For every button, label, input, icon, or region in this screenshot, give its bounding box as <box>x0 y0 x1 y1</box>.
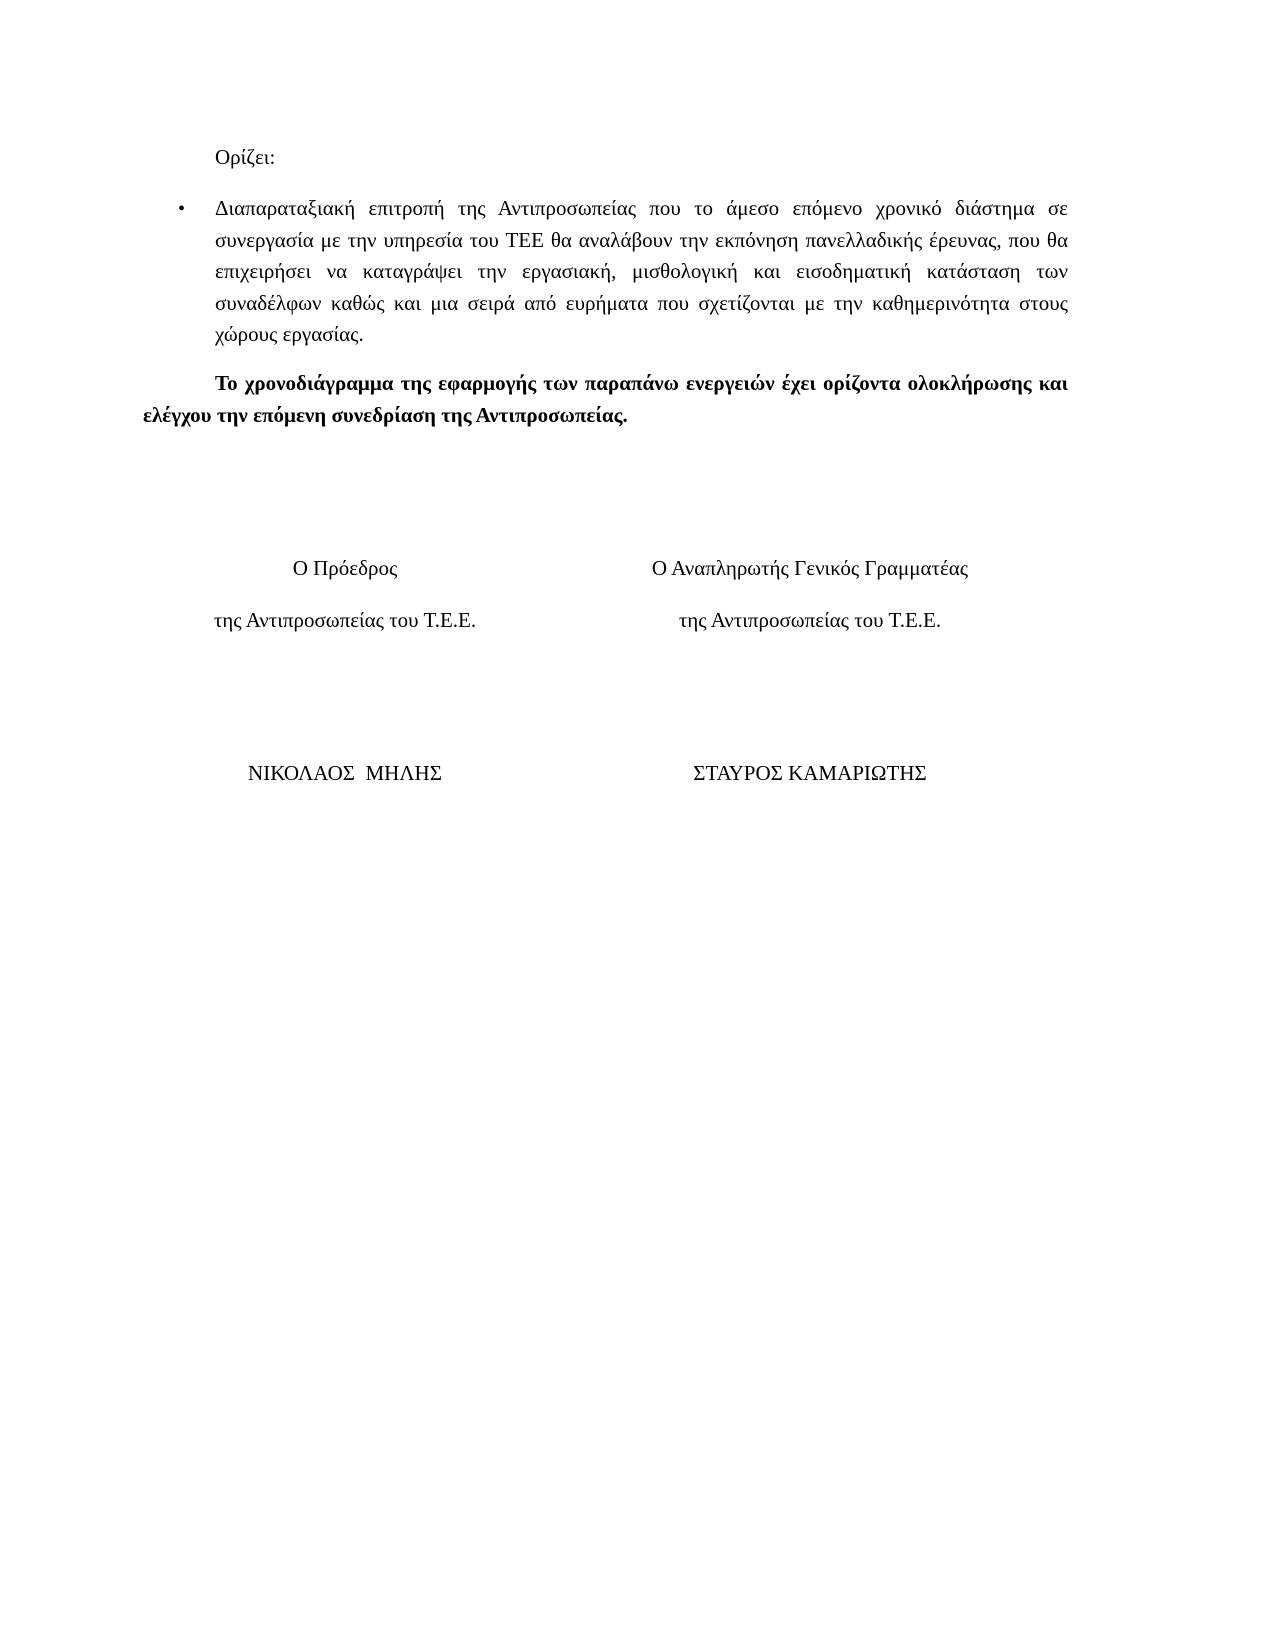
right-signatory-organization: της Αντιπροσωπείας του Τ.Ε.Ε. <box>615 605 1005 635</box>
intro-label: Ορίζει: <box>215 142 275 172</box>
left-signatory-organization: της Αντιπροσωπείας του Τ.Ε.Ε. <box>175 605 515 635</box>
left-signatory-title: Ο Πρόεδρος <box>175 553 515 583</box>
bullet-text: Διαπαραταξιακή επιτροπή της Αντιπροσωπεί… <box>215 193 1068 351</box>
bullet-list-item: • Διαπαραταξιακή επιτροπή της Αντιπροσωπ… <box>178 193 1068 351</box>
left-signatory-name: ΝΙΚΟΛΑΟΣ ΜΗΛΗΣ <box>175 758 515 788</box>
document-page: Ορίζει: • Διαπαραταξιακή επιτροπή της Αν… <box>0 0 1275 1650</box>
right-signatory-title: Ο Αναπληρωτής Γενικός Γραμματέας <box>615 553 1005 583</box>
timeline-paragraph: Το χρονοδιάγραμμα της εφαρμογής των παρα… <box>143 368 1068 431</box>
right-signatory-name: ΣΤΑΥΡΟΣ ΚΑΜΑΡΙΩΤΗΣ <box>615 758 1005 788</box>
bullet-dot-icon: • <box>178 193 185 225</box>
